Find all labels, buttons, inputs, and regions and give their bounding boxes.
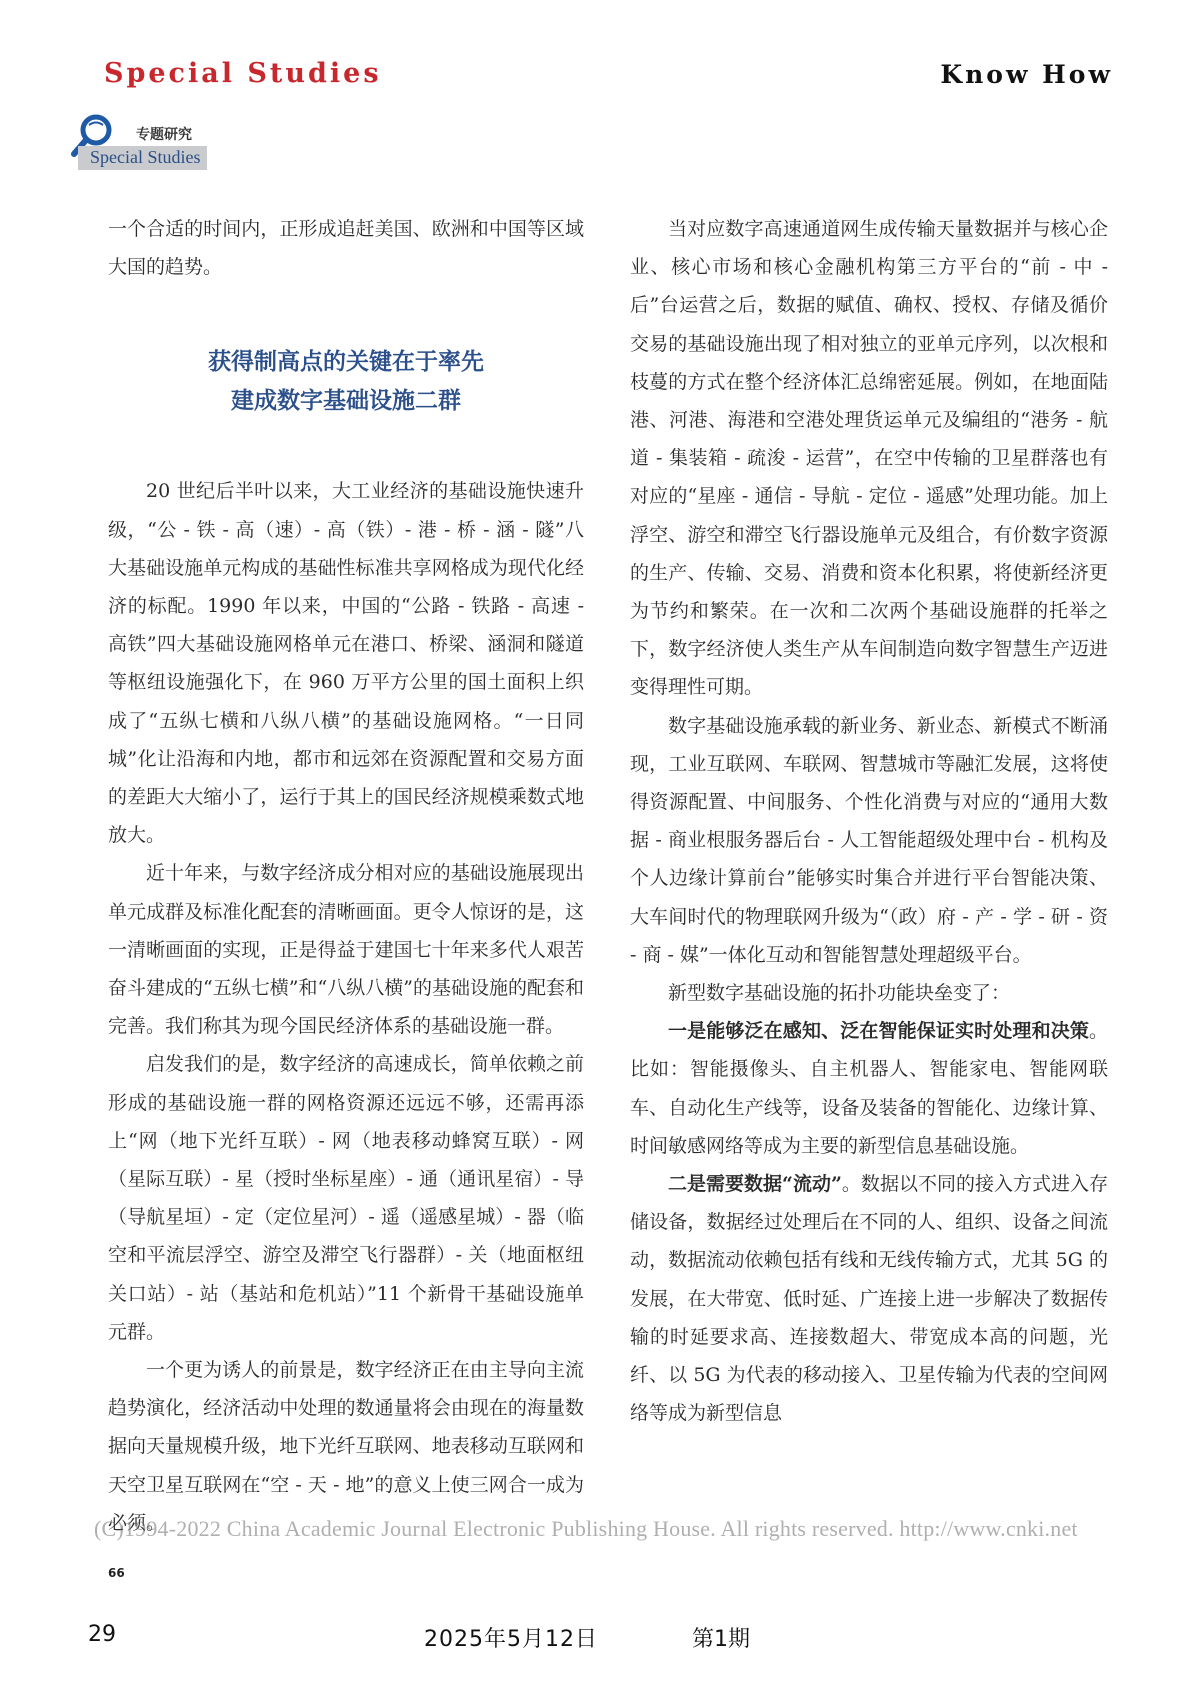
paragraph: 当对应数字高速通道网生成传输天量数据并与核心企业、核心市场和核心金融机构第三方平… xyxy=(630,210,1108,707)
point-two-paragraph: 二是需要数据“流动”。数据以不同的接入方式进入存储设备，数据经过处理后在不同的人… xyxy=(630,1165,1108,1432)
paragraph: 20 世纪后半叶以来，大工业经济的基础设施快速升级，“公 - 铁 - 高（速）-… xyxy=(108,472,584,854)
section-heading: 获得制高点的关键在于率先 建成数字基础设施二群 xyxy=(108,342,584,420)
right-column: 当对应数字高速通道网生成传输天量数据并与核心企业、核心市场和核心金融机构第三方平… xyxy=(630,210,1108,1433)
paragraph: 新型数字基础设施的拓扑功能块垒变了： xyxy=(630,974,1108,1012)
paragraph: 启发我们的是，数字经济的高速成长，简单依赖之前形成的基础设施一群的网格资源还远远… xyxy=(108,1045,584,1351)
logo-label-en: Special Studies xyxy=(78,146,207,170)
point-one-paragraph: 一是能够泛在感知、泛在智能保证实时处理和决策。比如：智能摄像头、自主机器人、智能… xyxy=(630,1012,1108,1165)
point-two-text: 。数据以不同的接入方式进入存储设备，数据经过处理后在不同的人、组织、设备之间流动… xyxy=(630,1173,1108,1424)
column-title: Know How xyxy=(940,60,1113,89)
paragraph: 近十年来，与数字经济成分相对应的基础设施展现出单元成群及标准化配套的清晰画面。更… xyxy=(108,854,584,1045)
point-one-lead: 一是能够泛在感知、泛在智能保证实时处理和决策 xyxy=(668,1020,1089,1042)
footer-number: 29 xyxy=(88,1622,116,1647)
section-logo: 专题研究 Special Studies xyxy=(70,112,220,174)
point-two-lead: 二是需要数据“流动” xyxy=(668,1173,842,1195)
section-heading-line: 建成数字基础设施二群 xyxy=(108,381,584,420)
footer-date: 2025年5月12日 xyxy=(424,1622,598,1653)
paragraph: 数字基础设施承载的新业务、新业态、新模式不断涌现，工业互联网、车联网、智慧城市等… xyxy=(630,707,1108,974)
copyright-watermark: (C)1994-2022 China Academic Journal Elec… xyxy=(94,1516,1078,1542)
section-heading-line: 获得制高点的关键在于率先 xyxy=(108,342,584,381)
footer-issue: 第1期 xyxy=(692,1622,750,1653)
paragraph: 一个更为诱人的前景是，数字经济正在由主导向主流趋势演化，经济活动中处理的数通量将… xyxy=(108,1351,584,1542)
logo-label-cn: 专题研究 xyxy=(136,124,192,144)
left-column: 一个合适的时间内，正形成追赶美国、欧洲和中国等区域大国的趋势。 获得制高点的关键… xyxy=(108,210,584,1542)
page-number: 66 xyxy=(108,1566,125,1580)
section-title-en: Special Studies xyxy=(104,58,382,89)
paragraph: 一个合适的时间内，正形成追赶美国、欧洲和中国等区域大国的趋势。 xyxy=(108,210,584,286)
